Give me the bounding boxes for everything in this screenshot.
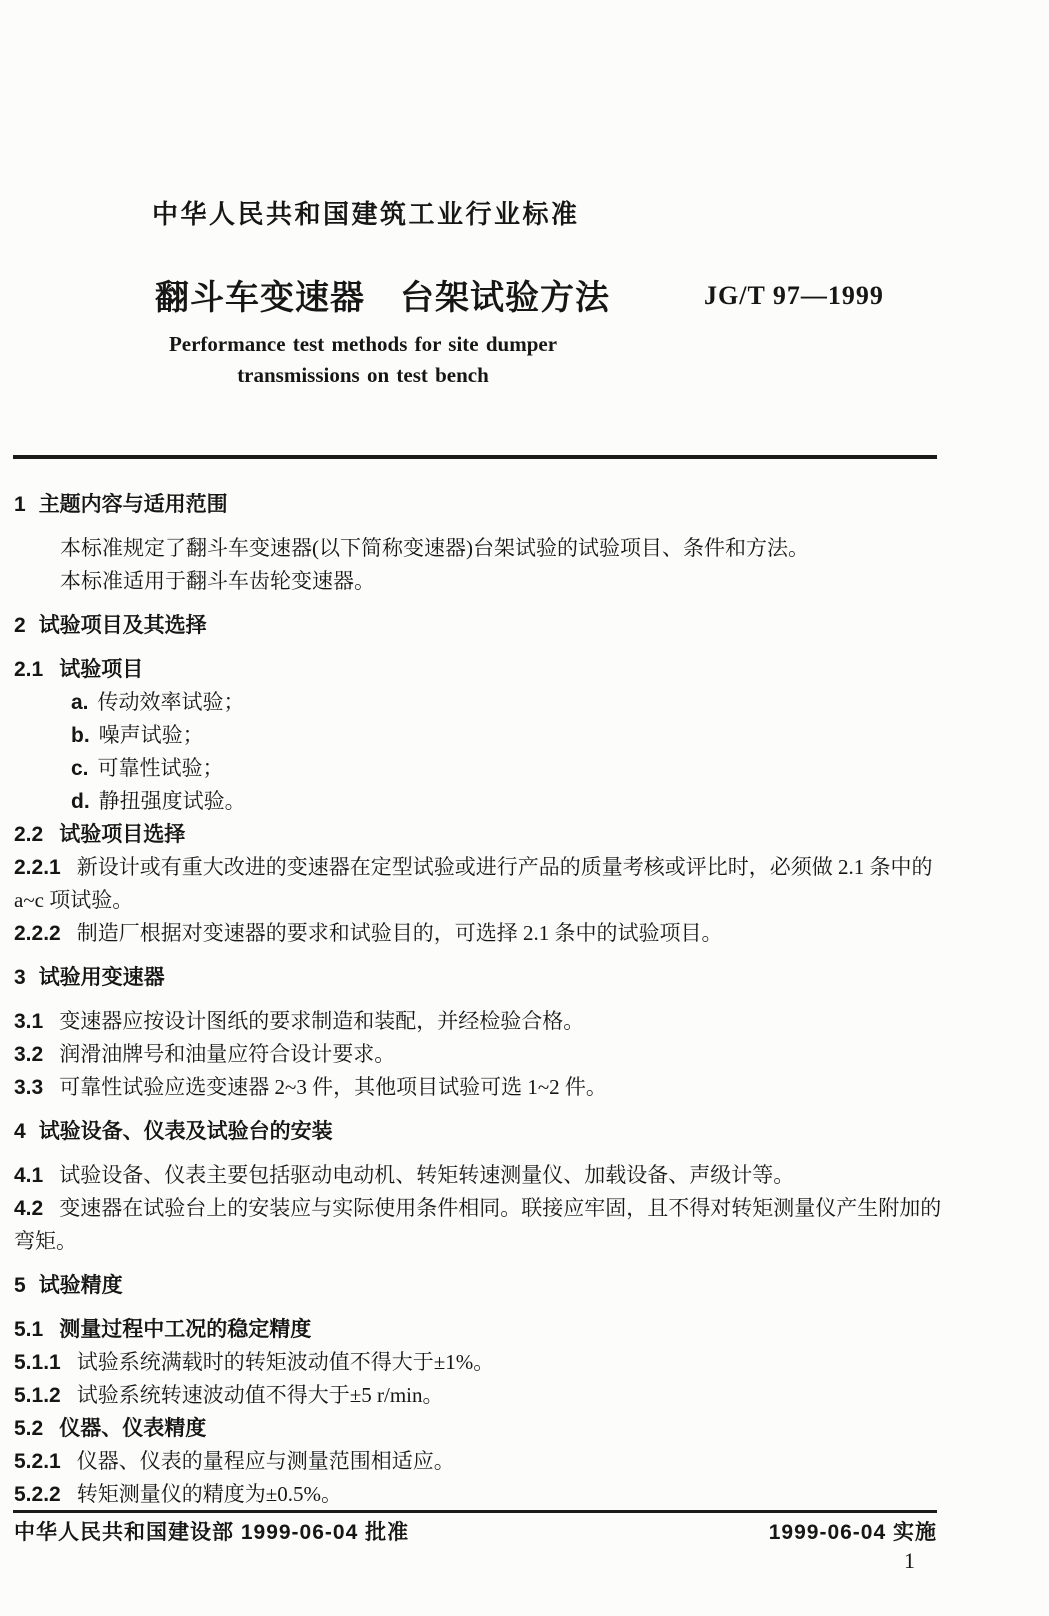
clause-number: 5.1: [14, 1313, 43, 1346]
clause-text: 静扭强度试验。: [99, 785, 246, 818]
clause-text: 试验用变速器: [39, 961, 165, 994]
clause-text: 制造厂根据对变速器的要求和试验目的，可选择 2.1 条中的试验项目。: [77, 917, 723, 950]
english-title: Performance test methods for site dumper…: [88, 329, 638, 391]
clause-2-2-1: 2.2.1新设计或有重大改进的变速器在定型试验或进行产品的质量考核或评比时，必须…: [14, 851, 938, 884]
clause-text: 试验项目及其选择: [39, 609, 207, 642]
clause-continuation: a~c 项试验。: [14, 884, 938, 917]
clause-number: 3.1: [14, 1005, 43, 1038]
clause-number: 5.2: [14, 1412, 43, 1445]
clause-text: 传动效率试验；: [98, 686, 245, 719]
clause-number: d.: [71, 785, 90, 818]
clause-5: 5试验精度: [14, 1269, 938, 1302]
clause-text: 主题内容与适用范围: [39, 488, 228, 521]
clause-text: 变速器在试验台上的安装应与实际使用条件相同。联接应牢固，且不得对转矩测量仪产生附…: [59, 1192, 941, 1225]
clause-continuation: 本标准适用于翻斗车齿轮变速器。: [14, 565, 938, 598]
clause-number: 5: [14, 1269, 26, 1302]
page-number: 1: [904, 1548, 915, 1574]
clause-number: 4.2: [14, 1192, 43, 1225]
approval-statement: 中华人民共和国建设部 1999-06-04 批准: [14, 1518, 409, 1548]
clause-text: 噪声试验；: [99, 719, 204, 752]
document-body: 1主题内容与适用范围本标准规定了翻斗车变速器(以下简称变速器)台架试验的试验项目…: [14, 477, 938, 1511]
clause-number: 5.1.2: [14, 1379, 61, 1412]
implementation-statement: 1999-06-04 实施: [769, 1518, 937, 1548]
clause-2-2-2: 2.2.2制造厂根据对变速器的要求和试验目的，可选择 2.1 条中的试验项目。: [14, 917, 938, 950]
clause-text: 本标准规定了翻斗车变速器(以下简称变速器)台架试验的试验项目、条件和方法。: [60, 532, 809, 565]
clause-2-1: 2.1试验项目: [14, 653, 938, 686]
clause-3-3: 3.3可靠性试验应选变速器 2~3 件，其他项目试验可选 1~2 件。: [14, 1071, 938, 1104]
clause-4-2: 4.2变速器在试验台上的安装应与实际使用条件相同。联接应牢固，且不得对转矩测量仪…: [14, 1192, 938, 1225]
standard-code: JG/T 97—1999: [704, 281, 884, 311]
clause-text: 弯矩。: [14, 1225, 77, 1258]
clause-3: 3试验用变速器: [14, 961, 938, 994]
clause-number: 4: [14, 1115, 26, 1148]
clause-number: 3.3: [14, 1071, 43, 1104]
header-rule: [13, 455, 937, 459]
clause-number: c.: [71, 752, 89, 785]
clause-number: 5.2.1: [14, 1445, 61, 1478]
standard-class-heading: 中华人民共和国建筑工业行业标准: [152, 194, 580, 231]
clause-text: 试验系统转速波动值不得大于±5 r/min。: [77, 1379, 444, 1412]
clause-text: 转矩测量仪的精度为±0.5%。: [77, 1478, 342, 1511]
document-page: 中华人民共和国建筑工业行业标准 翻斗车变速器 台架试验方法 JG/T 97—19…: [0, 0, 1049, 1616]
clause-text: 试验系统满载时的转矩波动值不得大于±1%。: [77, 1346, 495, 1379]
clause-b: b.噪声试验；: [14, 719, 938, 752]
clause-3-1: 3.1变速器应按设计图纸的要求制造和装配，并经检验合格。: [14, 1005, 938, 1038]
clause-text: 试验项目: [59, 653, 143, 686]
clause-text: 测量过程中工况的稳定精度: [59, 1313, 311, 1346]
clause-continuation: 弯矩。: [14, 1225, 938, 1258]
clause-continuation: 本标准规定了翻斗车变速器(以下简称变速器)台架试验的试验项目、条件和方法。: [14, 532, 938, 565]
clause-text: 试验设备、仪表及试验台的安装: [39, 1115, 333, 1148]
clause-text: a~c 项试验。: [14, 884, 133, 917]
clause-number: 2.2.1: [14, 851, 61, 884]
clause-5-1-2: 5.1.2试验系统转速波动值不得大于±5 r/min。: [14, 1379, 938, 1412]
clause-5-2: 5.2仪器、仪表精度: [14, 1412, 938, 1445]
clause-number: 5.1.1: [14, 1346, 61, 1379]
clause-text: 试验项目选择: [59, 818, 185, 851]
clause-number: b.: [71, 719, 90, 752]
clause-number: 3.2: [14, 1038, 43, 1071]
clause-number: 2: [14, 609, 26, 642]
clause-number: 2.2.2: [14, 917, 61, 950]
clause-text: 本标准适用于翻斗车齿轮变速器。: [60, 565, 375, 598]
clause-number: 2.1: [14, 653, 43, 686]
clause-number: 5.2.2: [14, 1478, 61, 1511]
clause-text: 试验设备、仪表主要包括驱动电动机、转矩转速测量仪、加载设备、声级计等。: [59, 1159, 794, 1192]
clause-2: 2试验项目及其选择: [14, 609, 938, 642]
clause-text: 仪器、仪表的量程应与测量范围相适应。: [77, 1445, 455, 1478]
clause-5-1: 5.1测量过程中工况的稳定精度: [14, 1313, 938, 1346]
clause-number: 4.1: [14, 1159, 43, 1192]
clause-5-1-1: 5.1.1试验系统满载时的转矩波动值不得大于±1%。: [14, 1346, 938, 1379]
clause-d: d.静扭强度试验。: [14, 785, 938, 818]
footer-rule: [13, 1510, 937, 1513]
page-title: 翻斗车变速器 台架试验方法: [155, 270, 610, 319]
clause-2-2: 2.2试验项目选择: [14, 818, 938, 851]
clause-4-1: 4.1试验设备、仪表主要包括驱动电动机、转矩转速测量仪、加载设备、声级计等。: [14, 1159, 938, 1192]
clause-text: 变速器应按设计图纸的要求制造和装配，并经检验合格。: [59, 1005, 584, 1038]
clause-a: a.传动效率试验；: [14, 686, 938, 719]
clause-5-2-2: 5.2.2转矩测量仪的精度为±0.5%。: [14, 1478, 938, 1511]
clause-text: 试验精度: [39, 1269, 123, 1302]
clause-text: 可靠性试验应选变速器 2~3 件，其他项目试验可选 1~2 件。: [59, 1071, 607, 1104]
clause-5-2-1: 5.2.1仪器、仪表的量程应与测量范围相适应。: [14, 1445, 938, 1478]
footer-row: 中华人民共和国建设部 1999-06-04 批准 1999-06-04 实施: [14, 1518, 937, 1548]
clause-number: a.: [71, 686, 89, 719]
english-title-line1: Performance test methods for site dumper: [88, 329, 638, 360]
clause-number: 2.2: [14, 818, 43, 851]
clause-c: c.可靠性试验；: [14, 752, 938, 785]
clause-3-2: 3.2润滑油牌号和油量应符合设计要求。: [14, 1038, 938, 1071]
clause-4: 4试验设备、仪表及试验台的安装: [14, 1115, 938, 1148]
clause-text: 新设计或有重大改进的变速器在定型试验或进行产品的质量考核或评比时，必须做 2.1…: [77, 851, 933, 884]
english-title-line2: transmissions on test bench: [88, 360, 638, 391]
clause-1: 1主题内容与适用范围: [14, 488, 938, 521]
clause-number: 1: [14, 488, 26, 521]
clause-number: 3: [14, 961, 26, 994]
clause-text: 仪器、仪表精度: [59, 1412, 206, 1445]
clause-text: 可靠性试验；: [98, 752, 224, 785]
clause-text: 润滑油牌号和油量应符合设计要求。: [59, 1038, 395, 1071]
